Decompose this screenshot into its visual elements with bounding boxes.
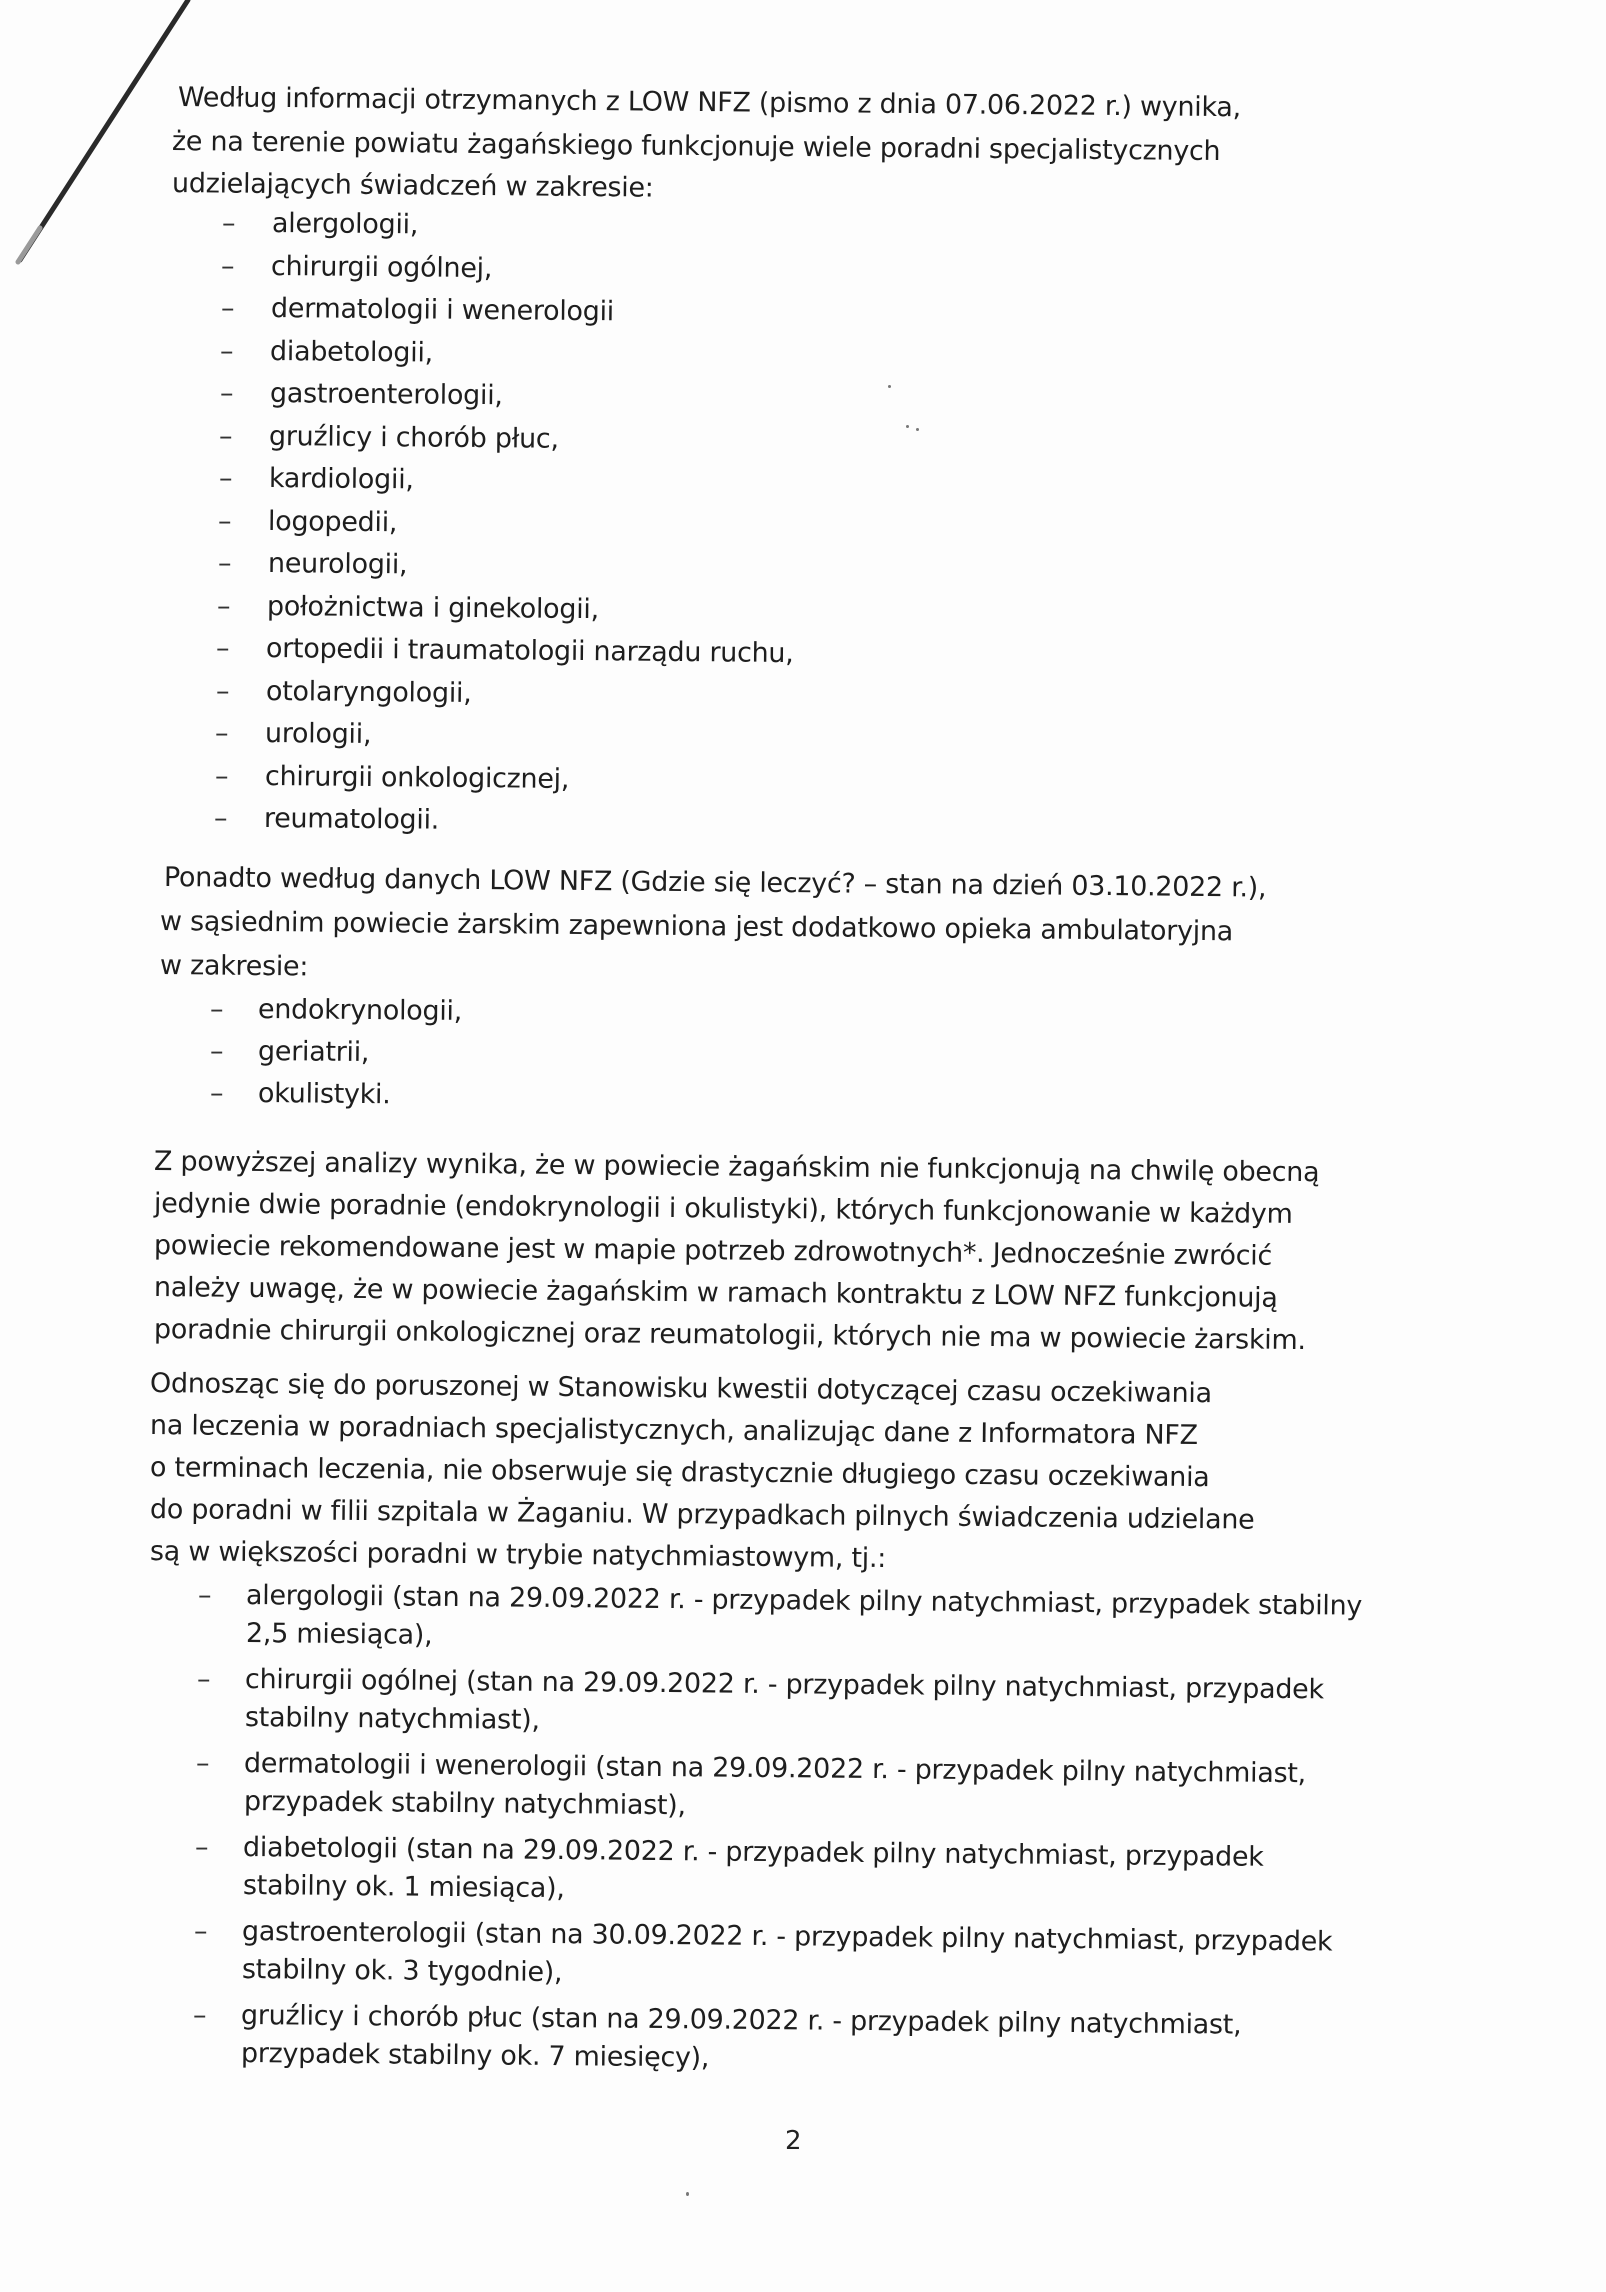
waiting-line: do poradni w filii szpitala w Żaganiu. W… <box>150 1494 1255 1536</box>
waiting-line: Odnosząc się do poruszonej w Stanowisku … <box>150 1368 1212 1409</box>
bullet-dash: – <box>220 336 234 367</box>
specialty-item-text: chirurgii onkologicznej, <box>265 761 569 795</box>
bullet-dash: – <box>219 421 233 452</box>
waiting-time-item-text: 2,5 miesiąca), <box>246 1618 433 1651</box>
bullet-dash: – <box>196 1748 210 1779</box>
bullet-dash: – <box>193 2000 207 2031</box>
waiting-time-item-text: gastroenterologii (stan na 30.09.2022 r.… <box>242 1916 1333 1957</box>
waiting-line: o terminach leczenia, nie obserwuje się … <box>150 1452 1210 1493</box>
bullet-dash: – <box>216 676 230 707</box>
intro-line: udzielających świadczeń w zakresie: <box>172 168 654 204</box>
bullet-dash: – <box>195 1832 209 1863</box>
neighbor-specialty-item-text: endokrynologii, <box>258 994 462 1027</box>
specialty-item-text: diabetologii, <box>270 336 433 369</box>
bullet-dash: – <box>216 633 230 664</box>
neighbor-specialty-item-text: okulistyki. <box>258 1078 391 1110</box>
analysis-line: Z powyższej analizy wynika, że w powieci… <box>154 1146 1320 1188</box>
waiting-time-item-text: dermatologii i wenerologii (stan na 29.0… <box>244 1748 1306 1789</box>
bullet-dash: – <box>214 803 228 834</box>
bullet-dash: – <box>221 251 235 282</box>
waiting-line: są w większości poradni w trybie natychm… <box>150 1536 886 1574</box>
specialty-item-text: kardiologii, <box>269 463 414 495</box>
analysis-line: poradnie chirurgii onkologicznej oraz re… <box>154 1314 1306 1356</box>
bullet-dash: – <box>194 1916 208 1947</box>
analysis-line: jedynie dwie poradnie (endokrynologii i … <box>154 1188 1293 1230</box>
second-paragraph-line: w zakresie: <box>160 950 308 982</box>
specialty-item-text: neurologii, <box>268 548 408 580</box>
analysis-line: powiecie rekomendowane jest w mapie potr… <box>154 1230 1272 1272</box>
bullet-dash: – <box>219 463 233 494</box>
specialty-item-text: gastroenterologii, <box>270 378 503 411</box>
specialty-item-text: chirurgii ogólnej, <box>271 251 492 284</box>
scan-speck <box>686 2192 689 2196</box>
specialty-item-text: logopedii, <box>268 506 397 538</box>
bullet-dash: – <box>218 548 232 579</box>
specialty-item-text: dermatologii i wenerologii <box>271 293 614 327</box>
waiting-time-item-text: stabilny ok. 3 tygodnie), <box>242 1954 563 1988</box>
waiting-time-item-text: przypadek stabilny ok. 7 miesięcy), <box>241 2038 709 2073</box>
specialty-item-text: urologii, <box>265 718 371 750</box>
scan-speck <box>916 428 919 431</box>
second-paragraph-line: w sąsiednim powiecie żarskim zapewniona … <box>160 906 1233 947</box>
specialty-item-text: otolaryngologii, <box>266 676 472 709</box>
scan-speck <box>888 385 891 388</box>
specialty-item-text: ortopedii i traumatologii narządu ruchu, <box>266 633 794 669</box>
bullet-dash: – <box>215 718 229 749</box>
scanned-document-page: Według informacji otrzymanych z LOW NFZ … <box>0 0 1606 2292</box>
scan-speck <box>906 425 909 428</box>
neighbor-specialty-item-text: geriatrii, <box>258 1036 369 1068</box>
second-paragraph-line: Ponadto według danych LOW NFZ (Gdzie się… <box>164 862 1267 904</box>
waiting-line: na leczenia w poradniach specjalistyczny… <box>150 1410 1198 1451</box>
bullet-dash: – <box>217 591 231 622</box>
specialty-item-text: położnictwa i ginekologii, <box>267 591 599 625</box>
intro-line: że na terenie powiatu żagańskiego funkcj… <box>172 126 1221 167</box>
analysis-line: należy uwagę, że w powiecie żagańskim w … <box>154 1272 1278 1314</box>
waiting-time-item-text: gruźlicy i chorób płuc (stan na 29.09.20… <box>241 2000 1242 2041</box>
waiting-time-item-text: diabetologii (stan na 29.09.2022 r. - pr… <box>243 1832 1264 1873</box>
page-number: 2 <box>785 2126 802 2156</box>
waiting-time-item-text: alergologii (stan na 29.09.2022 r. - prz… <box>246 1580 1362 1622</box>
bullet-dash: – <box>210 994 224 1025</box>
specialty-item-text: alergologii, <box>272 208 418 240</box>
bullet-dash: – <box>215 761 229 792</box>
bullet-dash: – <box>218 506 232 537</box>
bullet-dash: – <box>222 208 236 239</box>
bullet-dash: – <box>198 1580 212 1611</box>
bullet-dash: – <box>197 1664 211 1695</box>
bullet-dash: – <box>210 1078 224 1109</box>
waiting-time-item-text: stabilny ok. 1 miesiąca), <box>243 1870 565 1904</box>
bullet-dash: – <box>221 293 235 324</box>
waiting-time-item-text: przypadek stabilny natychmiast), <box>244 1786 686 1821</box>
specialty-item-text: gruźlicy i chorób płuc, <box>269 421 559 455</box>
intro-line: Według informacji otrzymanych z LOW NFZ … <box>178 82 1241 123</box>
waiting-time-item-text: chirurgii ogólnej (stan na 29.09.2022 r.… <box>245 1664 1324 1705</box>
waiting-time-item-text: stabilny natychmiast), <box>245 1702 540 1736</box>
specialty-item-text: reumatologii. <box>264 803 439 836</box>
bullet-dash: – <box>210 1036 224 1067</box>
bullet-dash: – <box>220 378 234 409</box>
